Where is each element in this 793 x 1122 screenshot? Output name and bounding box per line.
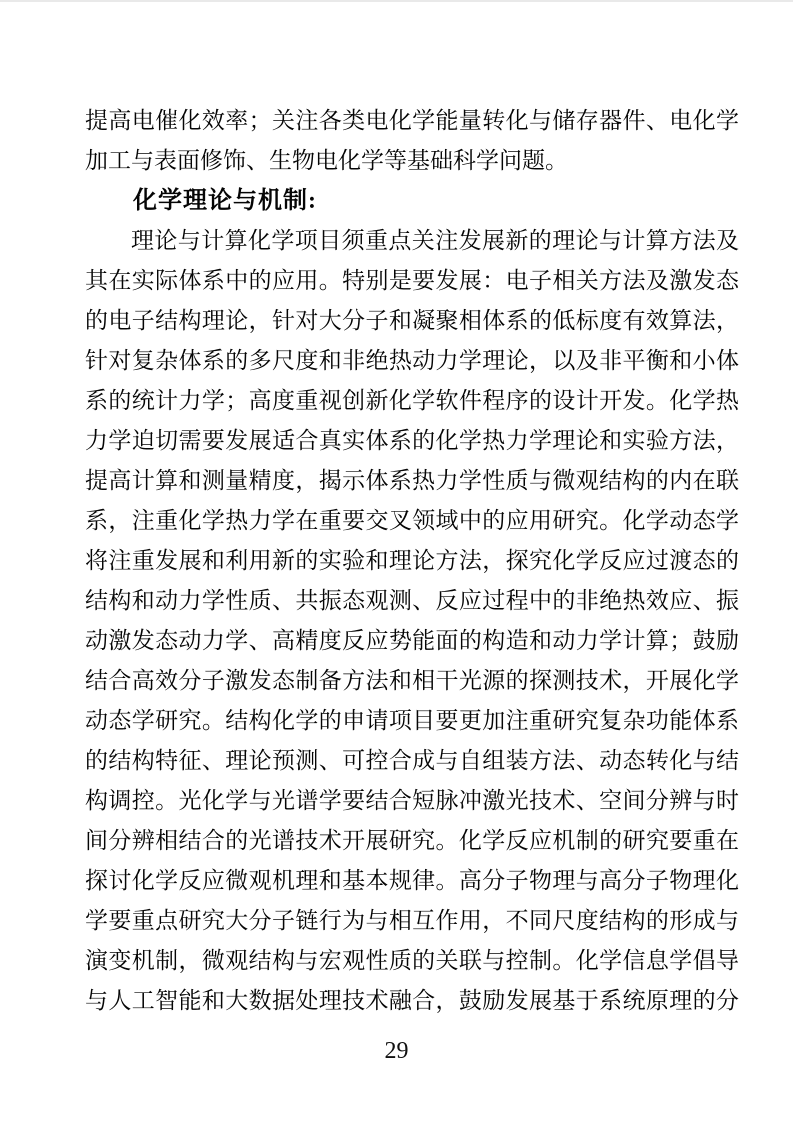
text-line: 提高计算和测量精度，揭示体系热力学性质与微观结构的内在联 (85, 461, 739, 501)
page-footer: 29 (0, 1036, 793, 1066)
continued-paragraph: 提高电催化效率；关注各类电化学能量转化与储存器件、电化学加工与表面修饰、生物电化… (85, 101, 739, 181)
text-line: 将注重发展和利用新的实验和理论方法，探究化学反应过渡态的 (85, 541, 739, 581)
body-paragraph: 理论与计算化学项目须重点关注发展新的理论与计算方法及其在实际体系中的应用。特别是… (85, 221, 739, 1021)
text-line: 动激发态动力学、高精度反应势能面的构造和动力学计算；鼓励 (85, 621, 739, 661)
page-number: 29 (385, 1038, 409, 1064)
text-line: 与人工智能和大数据处理技术融合，鼓励发展基于系统原理的分 (85, 981, 739, 1021)
text-line: 演变机制，微观结构与宏观性质的关联与控制。化学信息学倡导 (85, 941, 739, 981)
text-line: 间分辨相结合的光谱技术开展研究。化学反应机制的研究要重在 (85, 821, 739, 861)
text-line: 结合高效分子激发态制备方法和相干光源的探测技术，开展化学 (85, 661, 739, 701)
text-line: 加工与表面修饰、生物电化学等基础科学问题。 (85, 141, 739, 181)
text-line: 探讨化学反应微观机理和基本规律。高分子物理与高分子物理化 (85, 861, 739, 901)
page-top-border (0, 0, 793, 2)
document-body: 提高电催化效率；关注各类电化学能量转化与储存器件、电化学加工与表面修饰、生物电化… (85, 101, 739, 1021)
text-line: 理论与计算化学项目须重点关注发展新的理论与计算方法及 (85, 221, 739, 261)
text-line: 动态学研究。结构化学的申请项目要更加注重研究复杂功能体系 (85, 701, 739, 741)
text-line: 提高电催化效率；关注各类电化学能量转化与储存器件、电化学 (85, 101, 739, 141)
text-line: 其在实际体系中的应用。特别是要发展：电子相关方法及激发态 (85, 261, 739, 301)
section-heading: 化学理论与机制: (85, 181, 739, 221)
text-line: 针对复杂体系的多尺度和非绝热动力学理论，以及非平衡和小体 (85, 341, 739, 381)
text-line: 系的统计力学；高度重视创新化学软件程序的设计开发。化学热 (85, 381, 739, 421)
heading-text-line: 化学理论与机制: (85, 181, 739, 221)
document-page: 提高电催化效率；关注各类电化学能量转化与储存器件、电化学加工与表面修饰、生物电化… (0, 0, 793, 1122)
text-line: 的结构特征、理论预测、可控合成与自组装方法、动态转化与结 (85, 741, 739, 781)
text-line: 力学迫切需要发展适合真实体系的化学热力学理论和实验方法， (85, 421, 739, 461)
text-line: 构调控。光化学与光谱学要结合短脉冲激光技术、空间分辨与时 (85, 781, 739, 821)
text-line: 的电子结构理论，针对大分子和凝聚相体系的低标度有效算法， (85, 301, 739, 341)
text-line: 结构和动力学性质、共振态观测、反应过程中的非绝热效应、振 (85, 581, 739, 621)
text-line: 系，注重化学热力学在重要交叉领域中的应用研究。化学动态学 (85, 501, 739, 541)
text-line: 学要重点研究大分子链行为与相互作用，不同尺度结构的形成与 (85, 901, 739, 941)
